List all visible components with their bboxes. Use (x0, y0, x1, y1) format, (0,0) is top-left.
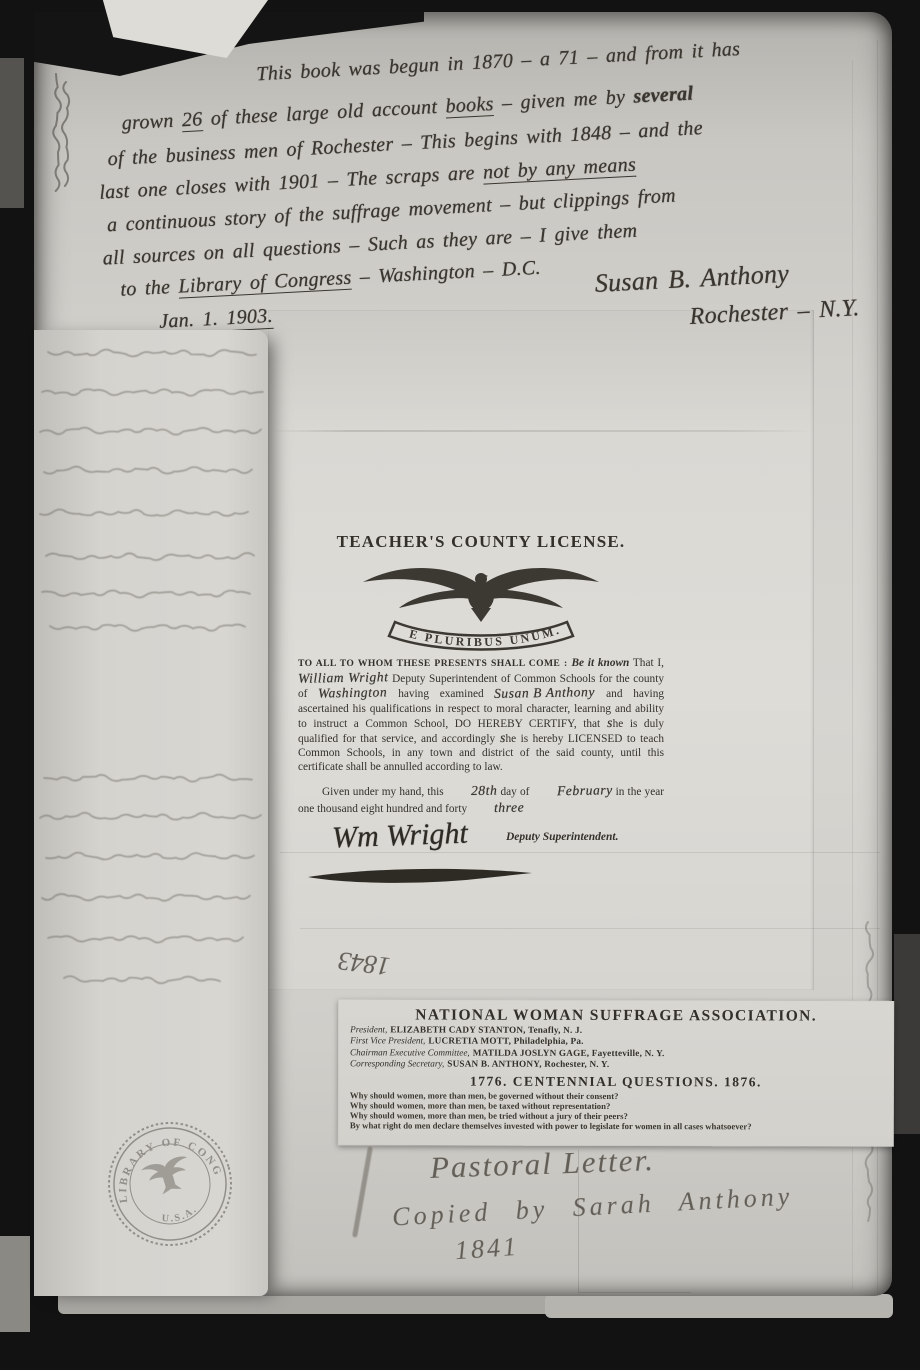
license-dated-line: Given under my hand, this 28th day of Fe… (298, 783, 664, 817)
officer-name: ELIZABETH CADY STANTON, Tenafly, N. J. (390, 1024, 582, 1035)
nwsa-clipping: NATIONAL WOMAN SUFFRAGE ASSOCIATION. Pre… (338, 999, 894, 1146)
centennial-heading: 1776. CENTENNIAL QUESTIONS. 1876. (350, 1073, 882, 1090)
officer-role: Chairman Executive Committee, (350, 1047, 470, 1057)
stamp-usa-text: U.S.A. (158, 1202, 201, 1228)
ledger-line (300, 928, 880, 929)
scrapbook-photo: This book was begun in 1870 – a 71 – and… (0, 0, 920, 1370)
license-body-text: To all to whom these presents shall come… (298, 656, 664, 775)
centennial-question: By what right do men declare themselves … (350, 1121, 754, 1132)
officer-role: President, (350, 1024, 387, 1034)
officer-name: LUCRETIA MOTT, Philadelphia, Pa. (428, 1036, 583, 1046)
license-certificate: TEACHER'S COUNTY LICENSE. E PLURIBUS UNU… (298, 532, 664, 891)
inscription-place: Rochester – N.Y. (689, 295, 860, 331)
officer-name: MATILDA JOSLYN GAGE, Fayetteville, N. Y. (473, 1047, 665, 1058)
signature-flourish (306, 865, 536, 887)
ledger-line (280, 852, 880, 853)
license-title: TEACHER'S COUNTY LICENSE. (298, 532, 664, 552)
pencil-year-inverted: 1843 (336, 945, 391, 981)
paper-crease (268, 430, 814, 432)
license-signature-row: Wm Wright Deputy Superintendent. (298, 819, 664, 891)
book-edge-fragment (0, 1236, 30, 1332)
inscription-signature: Susan B. Anthony (594, 259, 790, 299)
license-signer-title: Deputy Superintendent. (506, 831, 618, 843)
inscription-line: This book was begun in 1870 – a 71 – and… (256, 38, 741, 86)
anthony-inscription-1903: This book was begun in 1870 – a 71 – and… (90, 10, 906, 371)
officer-role: First Vice President, (350, 1036, 425, 1046)
officer-row: Corresponding Secretary,SUSAN B. ANTHONY… (350, 1059, 882, 1072)
pencil-note-year: 1841 (454, 1232, 520, 1266)
officer-role: Corresponding Secretary, (350, 1059, 444, 1069)
license-sheet: TEACHER'S COUNTY LICENSE. E PLURIBUS UNU… (268, 310, 814, 990)
officer-name: SUSAN B. ANTHONY, Rochester, N. Y. (447, 1059, 609, 1069)
book-edge-fragment (0, 58, 24, 208)
svg-text:U.S.A.: U.S.A. (158, 1202, 201, 1228)
book-edge-fragment (894, 934, 920, 1134)
stacked-page-edge (545, 1294, 893, 1318)
license-signature: Wm Wright (331, 816, 468, 855)
shelfmark-handwriting (42, 68, 82, 218)
clipping-title: NATIONAL WOMAN SUFFRAGE ASSOCIATION. (350, 1006, 882, 1025)
eagle-emblem: E PLURIBUS UNUM. (359, 556, 603, 652)
stamp-eagle-icon (140, 1154, 195, 1198)
